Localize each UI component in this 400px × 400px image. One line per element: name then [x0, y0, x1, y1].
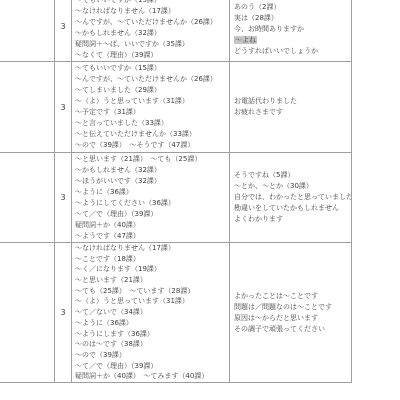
grammar-item: ～（よ）うと思っています（31課） [75, 96, 229, 107]
grammar-item: ～ようにしてください（36課） [75, 198, 229, 209]
expression-item: ～とか、～とか（30課） [234, 181, 351, 192]
grammar-item: ～ても（25課） ～ています（28課） [75, 286, 229, 297]
expression-item: 実は（28課） [234, 13, 351, 24]
expression-item: その調子で頑張ってください [234, 324, 351, 335]
expression-item: お電話代わりました [234, 96, 351, 107]
expression-item: よくわかります [234, 214, 351, 225]
grammar-item: ～（よ）うと思っています（31課） [75, 296, 229, 307]
grammar-item: ～てしまいました（29課） [75, 85, 229, 96]
page: 3～てもいいですか（15課）～なければなりません（17課）～んですが、～ていただ… [0, 0, 400, 400]
grammar-item: ～と思います（21課） [75, 275, 229, 286]
expression-item: ～よね [234, 35, 351, 46]
grammar-item: ～なければなりません（17課） [75, 243, 229, 254]
grammar-item: ～なくて（理由）（39課） [75, 50, 229, 61]
level-cell: 3 [55, 62, 72, 153]
grammar-item: 疑問詞＋～ば、いいですか（35課） [75, 39, 229, 50]
grammar-item: ～なければなりません（17課） [75, 6, 229, 17]
grammar-cell: ～てもいいですか（15課）～んですが、～ていただけませんか（26課）～てしまいま… [72, 62, 230, 153]
grammar-item: ～ようにします（36課） [75, 329, 229, 340]
spacer-cell [0, 0, 55, 62]
grammar-item: 疑問詞＋か（40課） ～てみます（40課） [75, 371, 229, 382]
grammar-item: 疑問詞＋か（40課） [75, 220, 229, 231]
level-cell: 3 [55, 243, 72, 383]
grammar-cell: ～てもいいですか（15課）～なければなりません（17課）～んですが、～ていただけ… [72, 0, 230, 62]
expressions-cell: よかったことは～ことです問題は／問題なのは～ことです原因は～からだと思いますその… [230, 243, 352, 383]
grammar-item: ～んですが、～ていただけませんか（26課） [75, 74, 229, 85]
grammar-item: ～て／で（理由）（39課） [75, 361, 229, 372]
grammar-item: ～ようです（47課） [75, 231, 229, 242]
grammar-item: ～ことです（18課） [75, 254, 229, 265]
grammar-item: ～ので（39課） [75, 350, 229, 361]
expressions-cell: あのう（2課）実は（28課）今、お時間ありますか～よねどうすればいいでしょうか [230, 0, 352, 62]
grammar-cell: ～と思います（21課） ～ても（25課）～かもしれません（32課）～ほうがいいで… [72, 153, 230, 243]
expressions-cell: そうですね（5課）～とか、～とか（30課）自分では、わかったと思っていました勘違… [230, 153, 352, 243]
expressions-cell: お電話代わりましたお疲れさまです [230, 62, 352, 153]
grammar-item: ～ほうがいいです（32課） [75, 176, 229, 187]
grammar-item: ～と思います（21課） ～ても（25課） [75, 154, 229, 165]
expression-item: 問題は／問題なのは～ことです [234, 302, 351, 313]
spacer-cell [0, 62, 55, 153]
grammar-item: ～て／で（理由）（39課） [75, 209, 229, 220]
grammar-item: ～く／になります（19課） [75, 264, 229, 275]
expression-item: 自分では、わかったと思っていました [234, 192, 351, 203]
grammar-item: ～と言っていました（33課） [75, 118, 229, 129]
grammar-item: ～かもしれません（32課） [75, 28, 229, 39]
expression-item: 今、お時間ありますか [234, 24, 351, 35]
expression-item: お疲れさまです [234, 107, 351, 118]
expression-item: どうすればいいでしょうか [234, 46, 351, 57]
highlighted-expression: ～よね [234, 36, 257, 44]
grammar-item: ～予定です（31課） [75, 107, 229, 118]
grammar-item: ～んですが、～ていただけませんか（26課） [75, 17, 229, 28]
expression-item: 原因は～からだと思います [234, 313, 351, 324]
expression-item: よかったことは～ことです [234, 291, 351, 302]
spacer-cell [0, 243, 55, 383]
grammar-item: ～ので（39課） ～そうです（47課） [75, 140, 229, 151]
grammar-item: ～ように（36課） [75, 187, 229, 198]
grammar-item: ～てもいいですか（15課） [75, 63, 229, 74]
curriculum-table: 3～てもいいですか（15課）～なければなりません（17課）～んですが、～ていただ… [0, 0, 352, 383]
grammar-item: ～のは～です（38課） [75, 339, 229, 350]
grammar-item: ～かもしれません（32課） [75, 165, 229, 176]
spacer-cell [0, 153, 55, 243]
level-cell: 3 [55, 153, 72, 243]
level-cell: 3 [55, 0, 72, 62]
grammar-item: ～ように（36課） [75, 318, 229, 329]
expression-item: 勘違いをしていたかもしれません [234, 203, 351, 214]
expression-item: あのう（2課） [234, 2, 351, 13]
expression-item: そうですね（5課） [234, 170, 351, 181]
grammar-cell: ～なければなりません（17課）～ことです（18課）～く／になります（19課）～と… [72, 243, 230, 383]
grammar-item: ～と伝えていただけませんか（33課） [75, 129, 229, 140]
grammar-item: ～て／ないで（34課） [75, 307, 229, 318]
